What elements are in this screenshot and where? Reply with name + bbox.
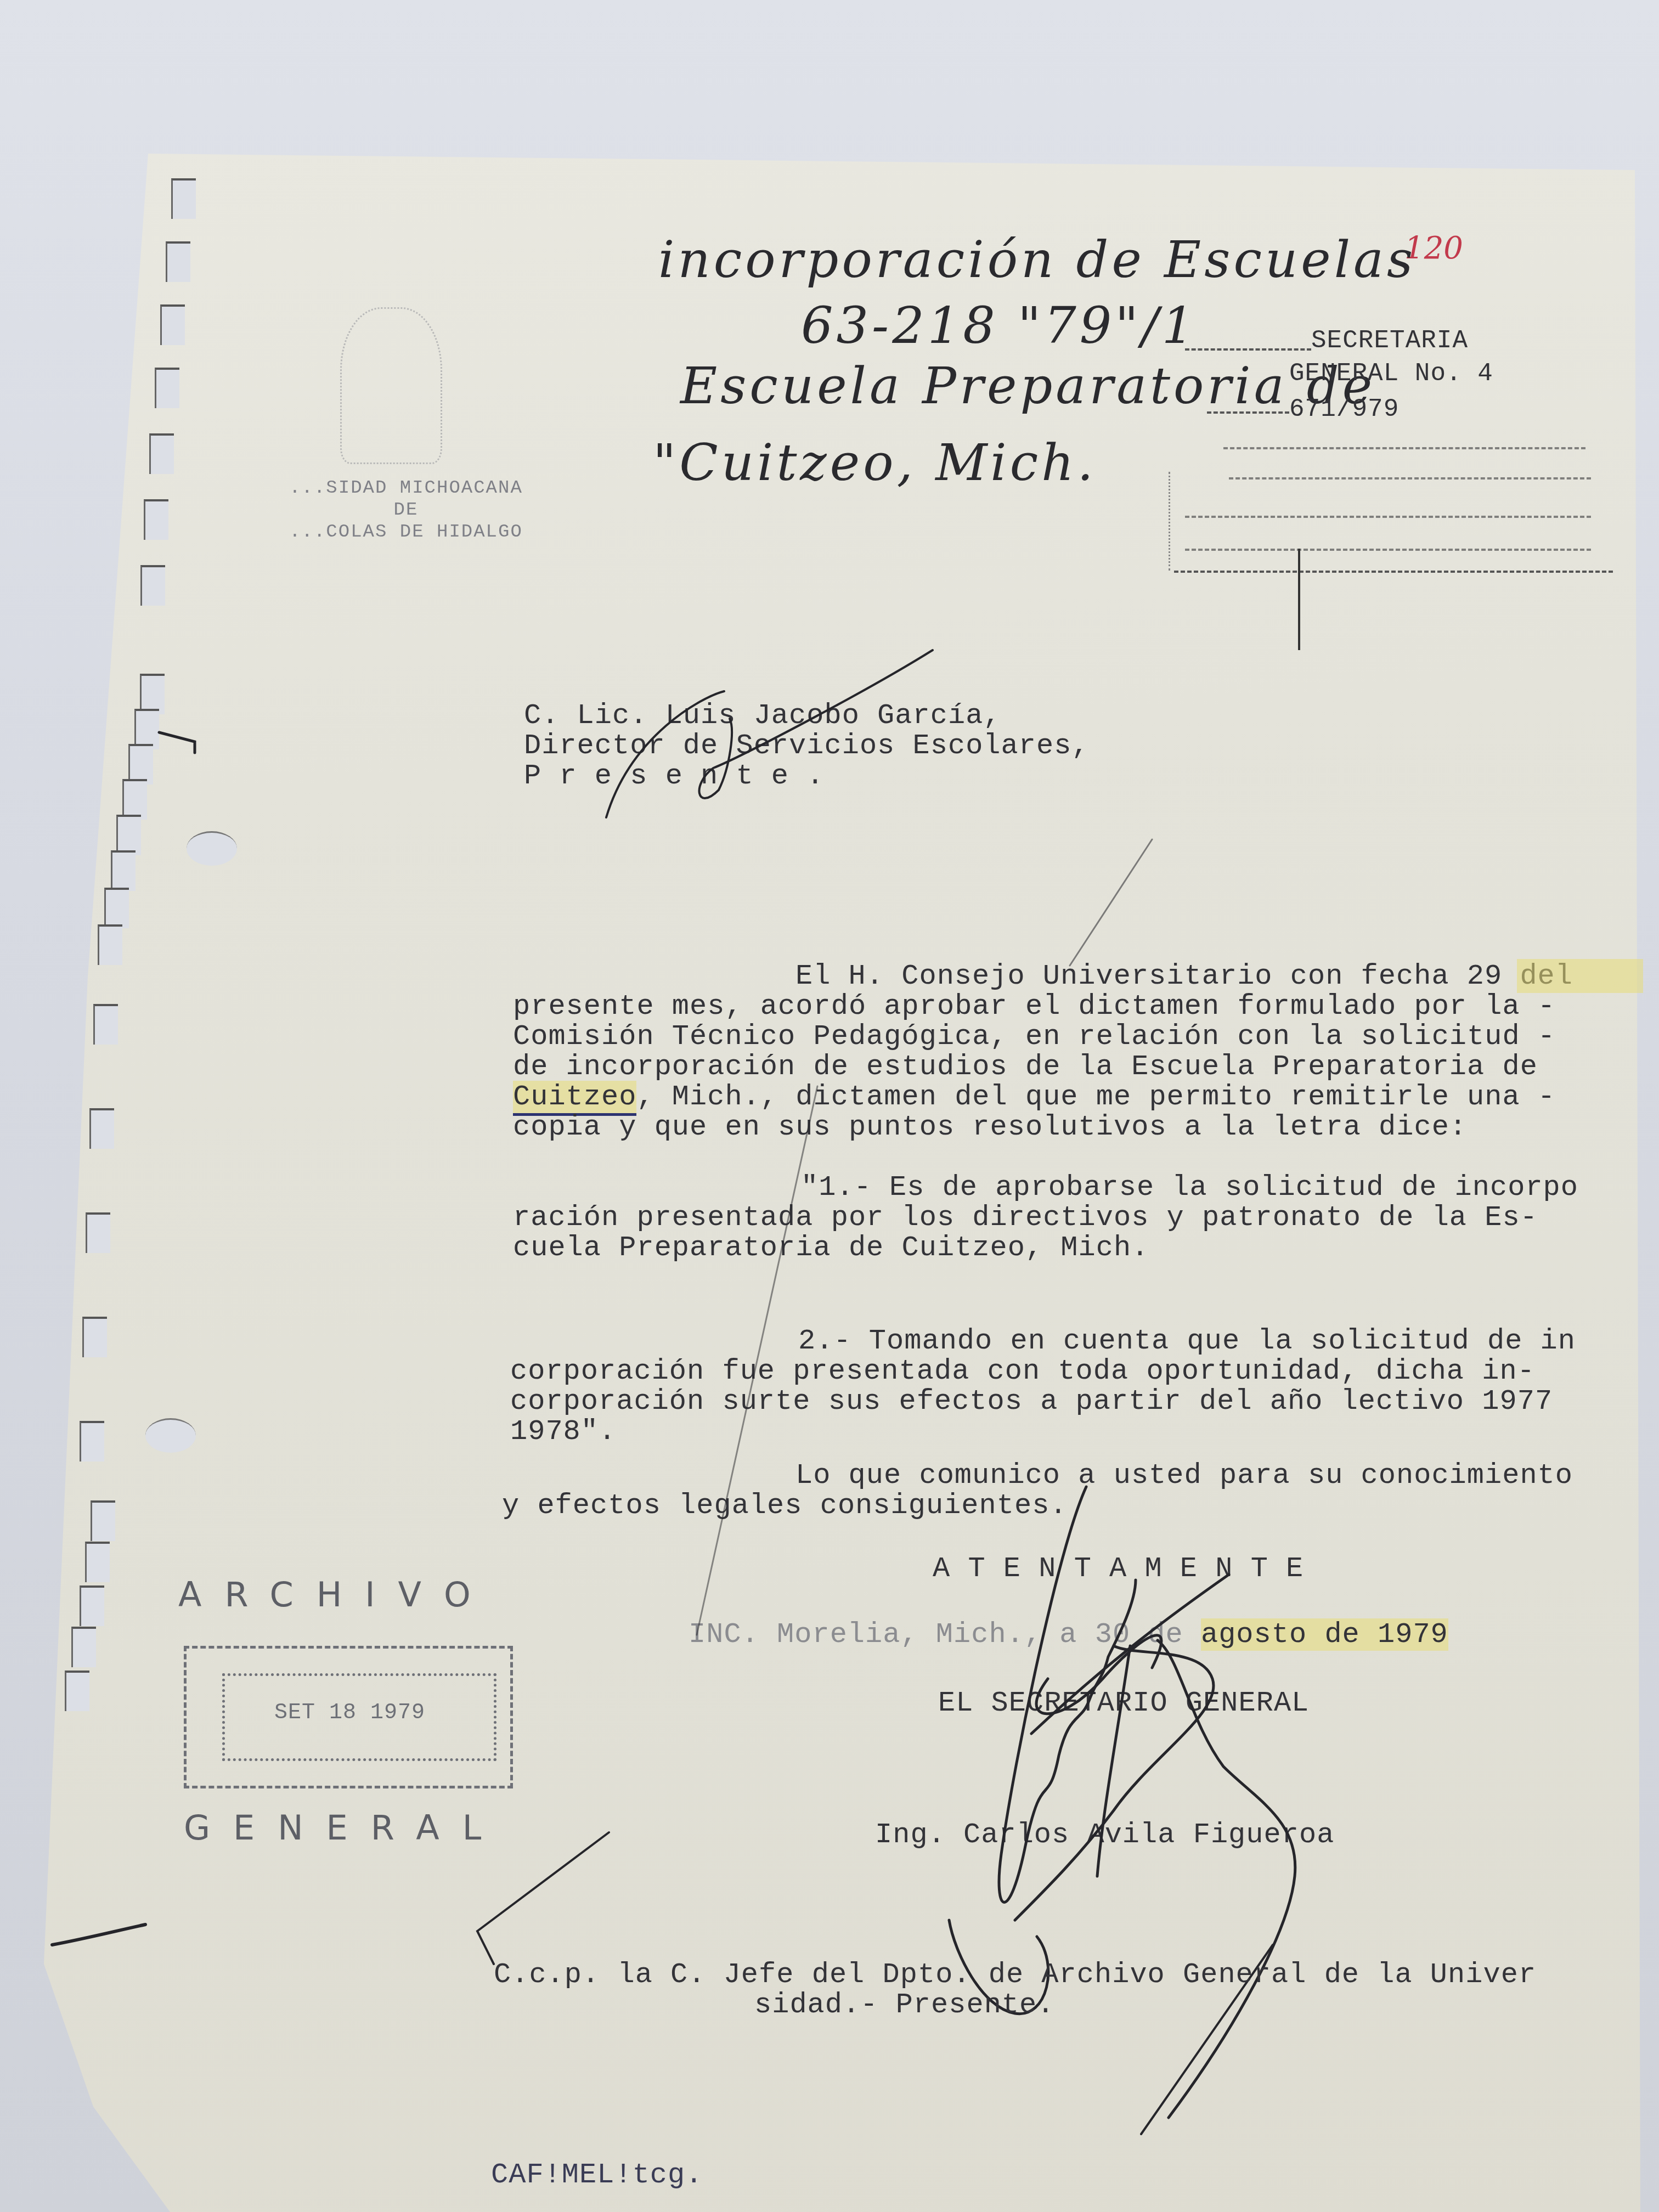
typist-initials: CAF!MEL!tcg. xyxy=(491,2159,703,2191)
stamp-top-text: ARCHIVO xyxy=(178,1575,494,1615)
cc-line2: sidad.- Presente. xyxy=(754,1989,1055,2021)
pen-strokes xyxy=(0,0,1659,2212)
cc-line1: C.c.p. la C. Jefe del Dpto. de Archivo G… xyxy=(494,1959,1536,1991)
stamp-bottom-text: GENERAL xyxy=(184,1808,504,1848)
stamp-date: SET 18 1979 xyxy=(274,1701,425,1725)
